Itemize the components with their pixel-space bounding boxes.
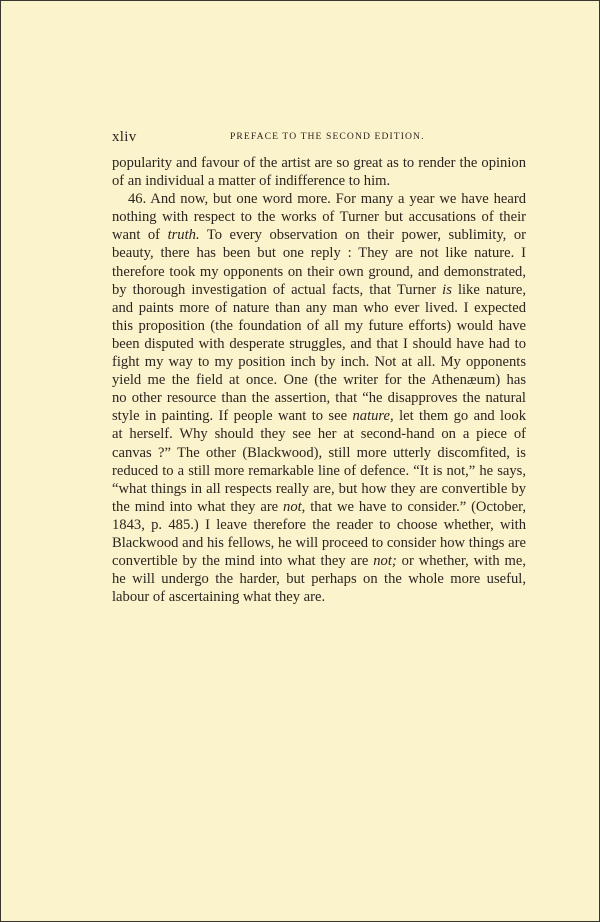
text-line: he will undergo the harder, but perhaps … [112,570,526,588]
body-text: popularity and favour of the artist are … [112,154,526,606]
emphasis: nature, [352,408,393,424]
book-page: xliv Preface to the Second Edition. popu… [0,0,600,922]
text-line: beauty, there has been but one reply : T… [112,244,526,262]
text-line: and paints more of nature than any man w… [112,299,526,317]
text-line: yield me the field at once. One (the wri… [112,371,526,389]
running-head: xliv Preface to the Second Edition. [112,129,526,147]
text-line: of an individual a matter of indifferenc… [112,172,526,190]
text-line: the mind into what they are not, that we… [112,498,526,516]
emphasis: is [442,282,452,298]
emphasis: not, [283,499,305,515]
text-line: at herself. Why should they see her at s… [112,425,526,443]
text-line: 46. And now, but one word more. For many… [112,190,526,208]
text-line: style in painting. If people want to see… [112,407,526,425]
emphasis: not; [373,553,397,569]
text-line: popularity and favour of the artist are … [112,154,526,172]
text-line: therefore took my opponents on their own… [112,263,526,281]
page-number: xliv [112,129,137,146]
text-line: want of truth. To every observation on t… [112,226,526,244]
running-title: Preface to the Second Edition. [230,131,425,142]
text-line: Blackwood and his fellows, he will proce… [112,534,526,552]
paragraph-continued: popularity and favour of the artist are … [112,154,526,190]
text-line: no other resource than the assertion, th… [112,389,526,407]
text-line: 1843, p. 485.) I leave therefore the rea… [112,516,526,534]
text-line: “what things in all respects really are,… [112,480,526,498]
text-line: fight my way to my position inch by inch… [112,353,526,371]
text-line: labour of ascertaining what they are. [112,588,526,606]
text-line: nothing with respect to the works of Tur… [112,208,526,226]
paragraph-46: 46. And now, but one word more. For many… [112,190,526,606]
text-line: this proposition (the foundation of all … [112,317,526,335]
text-line: reduced to a still more remarkable line … [112,462,526,480]
emphasis: truth. [168,227,200,243]
text-line: convertible by the mind into what they a… [112,552,526,570]
text-line: been disputed with desperate struggles, … [112,335,526,353]
text-line: by thorough investigation of actual fact… [112,281,526,299]
text-line: canvas ?” The other (Blackwood), still m… [112,444,526,462]
section-number: 46. [128,191,146,207]
